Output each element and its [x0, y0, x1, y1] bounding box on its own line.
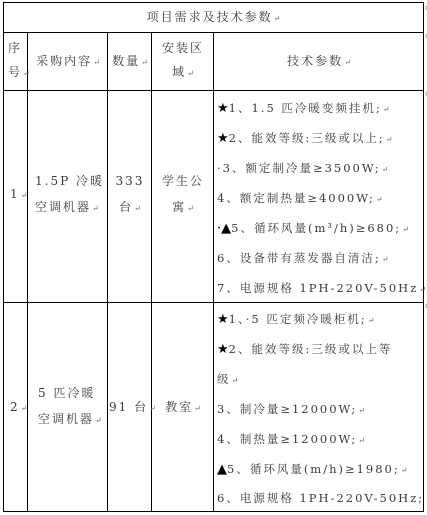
row2-spec-1: ★1、·5 匹定频冷暖柜机;↵ [217, 311, 374, 329]
row2-quantity: 91 台↵ [109, 393, 156, 423]
row1-spec-4: 4、额定制热量≥4000W;↵ [217, 190, 383, 208]
triangle-icon: ▲ [217, 462, 227, 477]
row1-location: 学生公 寓↵ [152, 168, 214, 222]
spec-text: 3、额定制冷量≥3500W; [223, 161, 381, 175]
paragraph-mark: ↵ [93, 58, 100, 67]
header-location: 安装区 域↵ [152, 36, 214, 86]
row2-index: 2↵ [10, 393, 27, 423]
row2-spec-4: 4、制热量≥12000W;↵ [217, 431, 365, 449]
row1-index: 1↵ [10, 180, 27, 210]
row2-spec-5: ▲5、循环风量(m/h)≥1980;↵ [217, 461, 407, 479]
header-specs: 技术参数↵ [214, 32, 424, 92]
spec-text: 2、能效等级:三级或以上; [229, 131, 385, 145]
header-index-line1: 序 [8, 36, 30, 60]
row2-location-text: 教室 [165, 400, 193, 414]
star-icon: ★ [217, 342, 229, 357]
paragraph-mark: ↵ [187, 204, 194, 213]
row1-quantity: 333 台↵ [108, 168, 152, 222]
row1-spec-3: ·3、额定制冷量≥3500W;↵ [217, 160, 388, 178]
row2-item-line1: 5 匹冷暖 [38, 380, 102, 406]
row1-item: 1.5P 冷暖 空调机器↵ [35, 168, 104, 222]
border-left [3, 2, 4, 512]
row2-quantity-text: 91 台 [109, 400, 148, 414]
col-divider-4 [213, 32, 214, 512]
paragraph-mark: ↵ [141, 58, 148, 67]
paragraph-mark: ↵ [358, 406, 365, 415]
row2-spec-2: ★2、能效等级:三级或以上等 [217, 341, 392, 358]
spec-text: 2、能效等级:三级或以上等 [229, 342, 393, 356]
spec-text: 4、额定制热量≥4000W; [217, 191, 375, 205]
col-divider-1 [27, 32, 28, 512]
star-icon: ★ [217, 131, 229, 146]
paragraph-mark: ↵ [419, 285, 426, 294]
row1-spec-5: ·▲5、循环风量(m³/h)≥680;↵ [217, 220, 409, 238]
col-divider-2 [107, 32, 108, 512]
paragraph-mark: ↵ [402, 225, 409, 234]
row1-spec-6: 6、设备带有蒸发器自清洁;↵ [217, 250, 388, 268]
row1-location-line2: 寓 [172, 200, 186, 214]
spec-text: 5、循环风量(m/h)≥1980; [227, 462, 400, 476]
paragraph-mark: ↵ [134, 204, 141, 213]
row1-location-line1: 学生公 [152, 168, 214, 194]
paragraph-mark: ↵ [92, 204, 99, 213]
header-quantity: 数量↵ [108, 32, 152, 92]
row2-location: 教室↵ [152, 393, 214, 423]
paragraph-mark: ↵ [187, 69, 194, 78]
paragraph-mark: ↵ [344, 58, 351, 67]
row1-quantity-line2: 台 [119, 200, 133, 214]
row2-spec-6: 6、电源规格 1PH-220V-50Hz;↵ [217, 490, 427, 508]
paragraph-mark: ↵ [274, 14, 281, 23]
row1-spec-2: ★2、能效等级:三级或以上;↵ [217, 130, 392, 148]
header-location-line1: 安装区 [152, 36, 214, 60]
row1-spec-1: ★1、1.5 匹冷暖变频挂机;↵ [217, 100, 390, 118]
row2-spec-3: 3、制冷量≥12000W;↵ [217, 401, 365, 419]
paragraph-mark: ↵ [21, 191, 28, 200]
triangle-icon: ·▲ [217, 221, 231, 236]
row2-index-text: 2 [10, 400, 20, 414]
row1-quantity-line1: 333 [108, 168, 152, 194]
row1-spec-7: 7、电源规格 1PH-220V-50Hz↵ [217, 280, 426, 298]
paragraph-mark: ↵ [358, 436, 365, 445]
col-divider-3 [151, 32, 152, 512]
table-title: 项目需求及技术参数↵ [3, 2, 424, 34]
paragraph-mark: ↵ [383, 105, 390, 114]
table-title-text: 项目需求及技术参数 [147, 10, 273, 24]
paragraph-mark: ↵ [95, 416, 102, 425]
row2-item-line2: 空调机器 [38, 412, 94, 426]
paragraph-mark: ↵ [21, 404, 28, 413]
header-specs-text: 技术参数 [287, 54, 343, 68]
paragraph-mark: ↵ [382, 165, 389, 174]
row2-item: 5 匹冷暖 空调机器↵ [38, 380, 102, 434]
paragraph-mark: ↵ [382, 255, 389, 264]
header-location-line2: 域 [172, 65, 186, 79]
star-icon: ★ [217, 101, 229, 116]
spec-text: 1、1.5 匹冷暖变频挂机; [229, 101, 382, 115]
row1-item-line2: 空调机器 [35, 200, 91, 214]
paragraph-mark: ↵ [376, 195, 383, 204]
paragraph-mark: ↵ [368, 316, 375, 325]
paragraph-mark: ↵ [194, 404, 201, 413]
row2-spec-2-cont: 级↵ [217, 371, 238, 389]
paragraph-mark: ↵ [386, 135, 393, 144]
paragraph-mark: ↵ [401, 466, 408, 475]
header-index-line2: 号 [8, 65, 22, 79]
spec-text: 3、制冷量≥12000W; [217, 402, 357, 416]
row1-index-text: 1 [10, 187, 20, 201]
header-quantity-text: 数量 [112, 54, 140, 68]
spec-text: 6、设备带有蒸发器自清洁; [217, 251, 381, 265]
paragraph-mark: ↵ [232, 376, 239, 385]
spec-text: 级 [217, 372, 231, 386]
header-item-text: 采购内容 [36, 54, 92, 68]
row1-item-line1: 1.5P 冷暖 [35, 168, 104, 194]
spec-text: 5、循环风量(m³/h)≥680; [231, 221, 401, 235]
star-icon: ★ [217, 312, 229, 327]
spec-text: 6、电源规格 1PH-220V-50Hz; [217, 491, 424, 505]
header-item: 采购内容↵ [28, 32, 108, 92]
header-index: 序 号↵ [8, 36, 30, 86]
spec-text: 1、·5 匹定频冷暖柜机; [229, 312, 367, 326]
spec-text: 4、制热量≥12000W; [217, 432, 357, 446]
spec-text: 7、电源规格 1PH-220V-50Hz [217, 281, 418, 295]
